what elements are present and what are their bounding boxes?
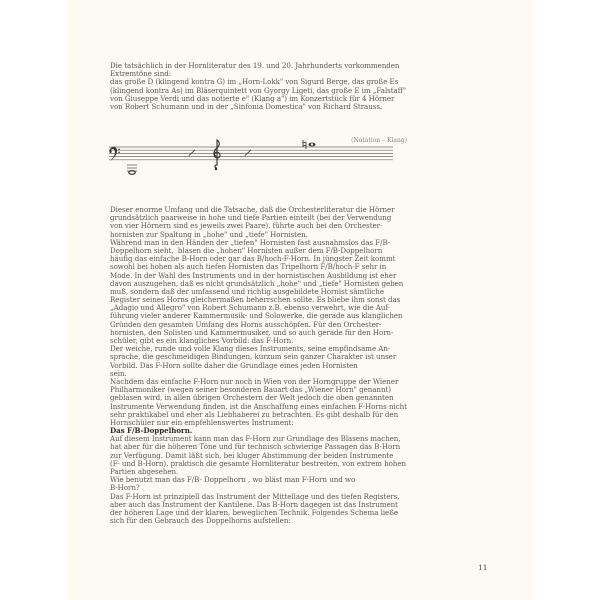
bass-clef-icon (109, 147, 119, 161)
page-number: 11 (478, 563, 488, 572)
notation-sound-label: (Notation – Klang) (351, 137, 407, 144)
paragraph-main-text: Dieser enorme Umfang und die Tatsache, d… (110, 206, 410, 525)
book-page: Die tatsächlich in der Hornliteratur des… (67, 0, 533, 600)
text-line: Vorbild. Das F-Horn sollte daher die Gru… (110, 362, 410, 370)
treble-clef-icon (214, 140, 220, 168)
text-line: von Robert Schumann und in der „Sinfonia… (110, 103, 410, 111)
text-line: sich für den Gebrauch des Doppelhorns au… (110, 517, 410, 525)
natural-sign-icon (303, 140, 306, 149)
paragraph-extreme-tones: Die tatsächlich in der Hornliteratur des… (110, 62, 410, 111)
text-line: Wie benutzt man das F/B- Doppelhorn , wo… (110, 476, 410, 484)
music-staff-example: (Notation – Klang) (107, 132, 407, 180)
